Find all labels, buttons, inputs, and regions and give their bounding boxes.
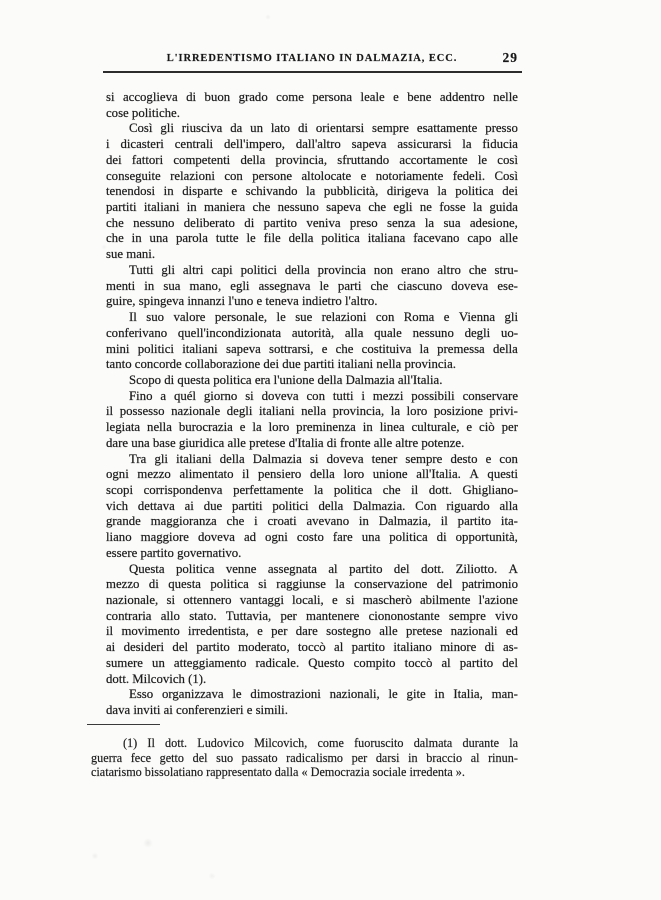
text-line: legiatanellaburocraziaelaloropreminenzai… (106, 420, 518, 436)
text-line: sue mani. (106, 247, 518, 263)
text-line: conseguiterelazioniconpersonealtolocatee… (106, 169, 518, 185)
text-line: nazionale,siottennerovantaggilocali,esim… (106, 593, 518, 609)
text-line: grandemaggioranzacheicroatiavevanoinDalm… (106, 514, 518, 530)
text-line: dott. Milcovich (1). (106, 672, 518, 688)
footnote-separator-rule (87, 724, 160, 725)
page-header: L'IRREDENTISMO ITALIANO IN DALMAZIA, ECC… (106, 53, 518, 64)
text-line: contrariaallostato.Tuttavia,permantenere… (106, 609, 518, 625)
text-line: aidesideridelpartitomoderato,toccòalpart… (106, 640, 518, 656)
text-line: ilmovimentoirredentista,eperdaresostegno… (106, 624, 518, 640)
text-line: mentiinsuamano,egliassegnavaleparticheci… (106, 279, 518, 295)
text-line: lianomaggioredovevaadognicostofareunapol… (106, 530, 518, 546)
text-line: Finoaquélgiornosidovevacontuttiimezzipos… (106, 389, 518, 405)
text-line: cose politiche. (106, 106, 518, 122)
text-line: essere partito governativo. (106, 546, 518, 562)
text-line: mezzodiquestapoliticasiraggiunselaconser… (106, 577, 518, 593)
text-line: tenendosiindisparteeschivandolapubblicit… (106, 184, 518, 200)
text-line: scopicorrispondenvaperfettamentelapoliti… (106, 483, 518, 499)
text-line: (1)Ildott.LudovicoMilcovich,comefuorusci… (91, 736, 518, 751)
header-rule (103, 71, 522, 73)
text-line: ciatarismo bissolatiano rappresentato da… (91, 765, 518, 780)
text-line: TragliitalianidellaDalmaziasidovevatener… (106, 452, 518, 468)
text-line: deifattoricompetentidellaprovincia,sfrut… (106, 153, 518, 169)
text-line: Scopo di questa politica era l'unione de… (106, 373, 518, 389)
text-line: dare una base giuridica alle pretese d'I… (106, 436, 518, 452)
text-line: ilpossessonazionaledegliitalianinellapro… (106, 404, 518, 420)
text-line: dava inviti ai conferenzieri e simili. (106, 703, 518, 719)
text-line: Ilsuovalorepersonale,lesuerelazioniconRo… (106, 310, 518, 326)
text-line: vichdettavaaiduepartitipoliticidellaDalm… (106, 499, 518, 515)
text-line: guerrafecegettodelsuopassatoradicalismop… (91, 751, 518, 766)
text-line: Cosìgliriuscivadaunlatodiorientarsisempr… (106, 121, 518, 137)
text-line: Questapoliticavenneassegnataalpartitodel… (106, 562, 518, 578)
text-line: guire, spingeva innanzi l'uno e teneva i… (106, 294, 518, 310)
text-line: conferivanoquell'incondizionataautorità,… (106, 326, 518, 342)
footnote: (1)Ildott.LudovicoMilcovich,comefuorusci… (91, 736, 518, 780)
text-line: tanto concorde collaborazione dei due pa… (106, 357, 518, 373)
text-line: chenessunodeliberatodipartitovenivapreso… (106, 216, 518, 232)
running-header-title: L'IRREDENTISMO ITALIANO IN DALMAZIA, ECC… (167, 53, 458, 64)
text-line: partitiitalianiinmanierachenessunosapeva… (106, 200, 518, 216)
text-line: cheinunaparolatuttelefiledellapoliticait… (106, 231, 518, 247)
text-line: idicastericentralidell'impero,dall'altro… (106, 137, 518, 153)
text-line: Essoorganizzavaledimostrazioninazionali,… (106, 687, 518, 703)
text-line: siaccoglievadibuongradocomepersonalealee… (106, 90, 518, 106)
page-number: 29 (503, 50, 519, 66)
text-line: sumereunatteggiamentoradicale.Questocomp… (106, 656, 518, 672)
body-text: siaccoglievadibuongradocomepersonalealee… (106, 90, 518, 719)
text-line: ognimezzoalimentatoilpensierodellaloroun… (106, 467, 518, 483)
text-line: minipoliticiitalianisapevasottrarsi,eche… (106, 342, 518, 358)
scanned-book-page: L'IRREDENTISMO ITALIANO IN DALMAZIA, ECC… (0, 0, 661, 900)
text-line: Tuttiglialtricapipoliticidellaprovincian… (106, 263, 518, 279)
